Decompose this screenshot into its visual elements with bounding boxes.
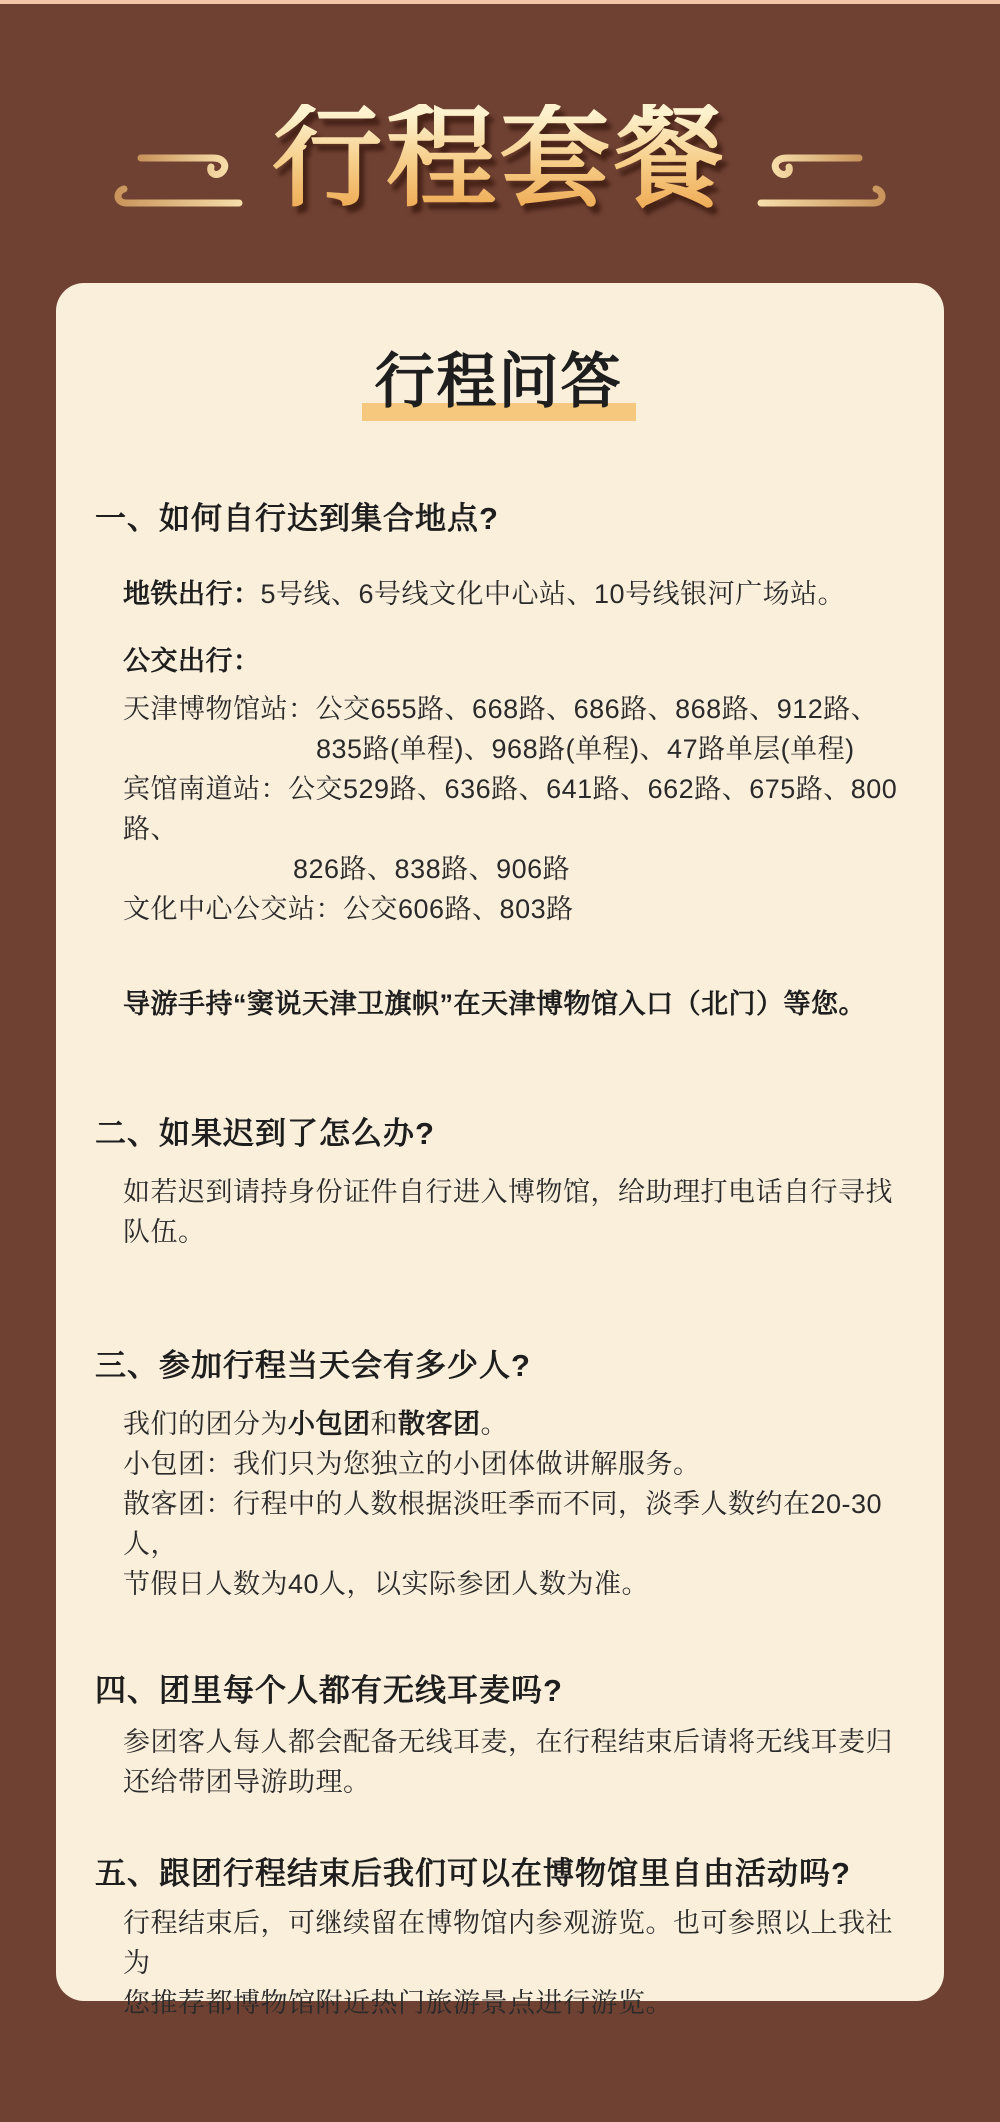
question-4-heading: 四、团里每个人都有无线耳麦吗? — [95, 1671, 902, 1711]
metro-text: 5号线、6号线文化中心站、10号线银河广场站。 — [261, 579, 846, 609]
answer-line: 队伍。 — [123, 1212, 902, 1252]
question-3-heading: 三、参加行程当天会有多少人? — [95, 1346, 902, 1386]
answer-line: 小包团：我们只为您独立的小团体做讲解服务。 — [123, 1444, 902, 1484]
question-1-heading: 一、如何自行达到集合地点? — [95, 499, 902, 539]
bus-route-list: 天津博物馆站：公交655路、668路、686路、868路、912路、 835路(… — [95, 689, 902, 929]
answer-line: 如若迟到请持身份证件自行进入博物馆，给助理打电话自行寻找 — [123, 1172, 902, 1212]
metro-label: 地铁出行： — [123, 579, 261, 609]
answer-2: 如若迟到请持身份证件自行进入博物馆，给助理打电话自行寻找 队伍。 — [95, 1172, 902, 1252]
bus-route-line: 天津博物馆站：公交655路、668路、686路、868路、912路、 — [123, 689, 902, 729]
answer-4: 参团客人每人都会配备无线耳麦，在行程结束后请将无线耳麦归 还给带团导游助理。 — [95, 1722, 902, 1802]
metro-line: 地铁出行：5号线、6号线文化中心站、10号线银河广场站。 — [123, 574, 902, 614]
bus-route-line: 835路(单程)、968路(单程)、47路单层(单程) — [316, 729, 902, 769]
faq-section-2: 二、如果迟到了怎么办? 如若迟到请持身份证件自行进入博物馆，给助理打电话自行寻找… — [95, 1114, 902, 1252]
answer-line: 您推荐都博物馆附近热门旅游景点进行游览。 — [123, 1983, 902, 2023]
answer-line: 参团客人每人都会配备无线耳麦，在行程结束后请将无线耳麦归 — [123, 1722, 902, 1762]
answer-line: 节假日人数为40人，以实际参团人数为准。 — [123, 1564, 902, 1604]
bold-term-open-group: 散客团 — [398, 1409, 481, 1439]
answer-line: 散客团：行程中的人数根据淡旺季而不同，淡季人数约在20-30人， — [123, 1484, 902, 1564]
bold-term-private-group: 小包团 — [288, 1409, 371, 1439]
faq-section-1: 一、如何自行达到集合地点? 地铁出行：5号线、6号线文化中心站、10号线银河广场… — [95, 499, 902, 1024]
answer-line-intro: 我们的团分为小包团和散客团。 — [123, 1404, 902, 1444]
answer-line: 行程结束后，可继续留在博物馆内参观游览。也可参照以上我社为 — [123, 1903, 902, 1983]
banner: 行程套餐 — [0, 4, 1000, 283]
faq-section-4: 四、团里每个人都有无线耳麦吗? 参团客人每人都会配备无线耳麦，在行程结束后请将无… — [95, 1671, 902, 1802]
bus-label: 公交出行： — [123, 641, 902, 681]
answer-line: 还给带团导游助理。 — [123, 1762, 902, 1802]
banner-title: 行程套餐 — [272, 104, 728, 214]
card-title-highlight: 行程问答 — [362, 346, 636, 418]
bus-route-line: 826路、838路、906路 — [293, 849, 902, 889]
question-5-heading: 五、跟团行程结束后我们可以在博物馆里自由活动吗? — [95, 1854, 902, 1894]
faq-card: 行程问答 一、如何自行达到集合地点? 地铁出行：5号线、6号线文化中心站、10号… — [56, 283, 944, 2001]
cloud-scroll-left-icon — [111, 150, 246, 212]
faq-section-3: 三、参加行程当天会有多少人? 我们的团分为小包团和散客团。 小包团：我们只为您独… — [95, 1346, 902, 1604]
faq-section-5: 五、跟团行程结束后我们可以在博物馆里自由活动吗? 行程结束后，可继续留在博物馆内… — [95, 1854, 902, 2023]
answer-5: 行程结束后，可继续留在博物馆内参观游览。也可参照以上我社为 您推荐都博物馆附近热… — [95, 1903, 902, 2023]
poster-background: 行程套餐 行程问答 一、如何自行达到集合地点? 地铁出行：5号线、6号线文化中心… — [0, 0, 1000, 2122]
bus-route-line: 文化中心公交站：公交606路、803路 — [123, 889, 902, 929]
question-2-heading: 二、如果迟到了怎么办? — [95, 1114, 902, 1154]
cloud-scroll-right-icon — [754, 150, 889, 212]
bus-route-line: 宾馆南道站：公交529路、636路、641路、662路、675路、800路、 — [123, 769, 902, 849]
answer-3: 我们的团分为小包团和散客团。 小包团：我们只为您独立的小团体做讲解服务。 散客团… — [95, 1404, 902, 1604]
card-title: 行程问答 — [95, 346, 902, 418]
guide-note: 导游手持“窦说天津卫旗帜”在天津博物馆入口（北门）等您。 — [123, 984, 902, 1024]
